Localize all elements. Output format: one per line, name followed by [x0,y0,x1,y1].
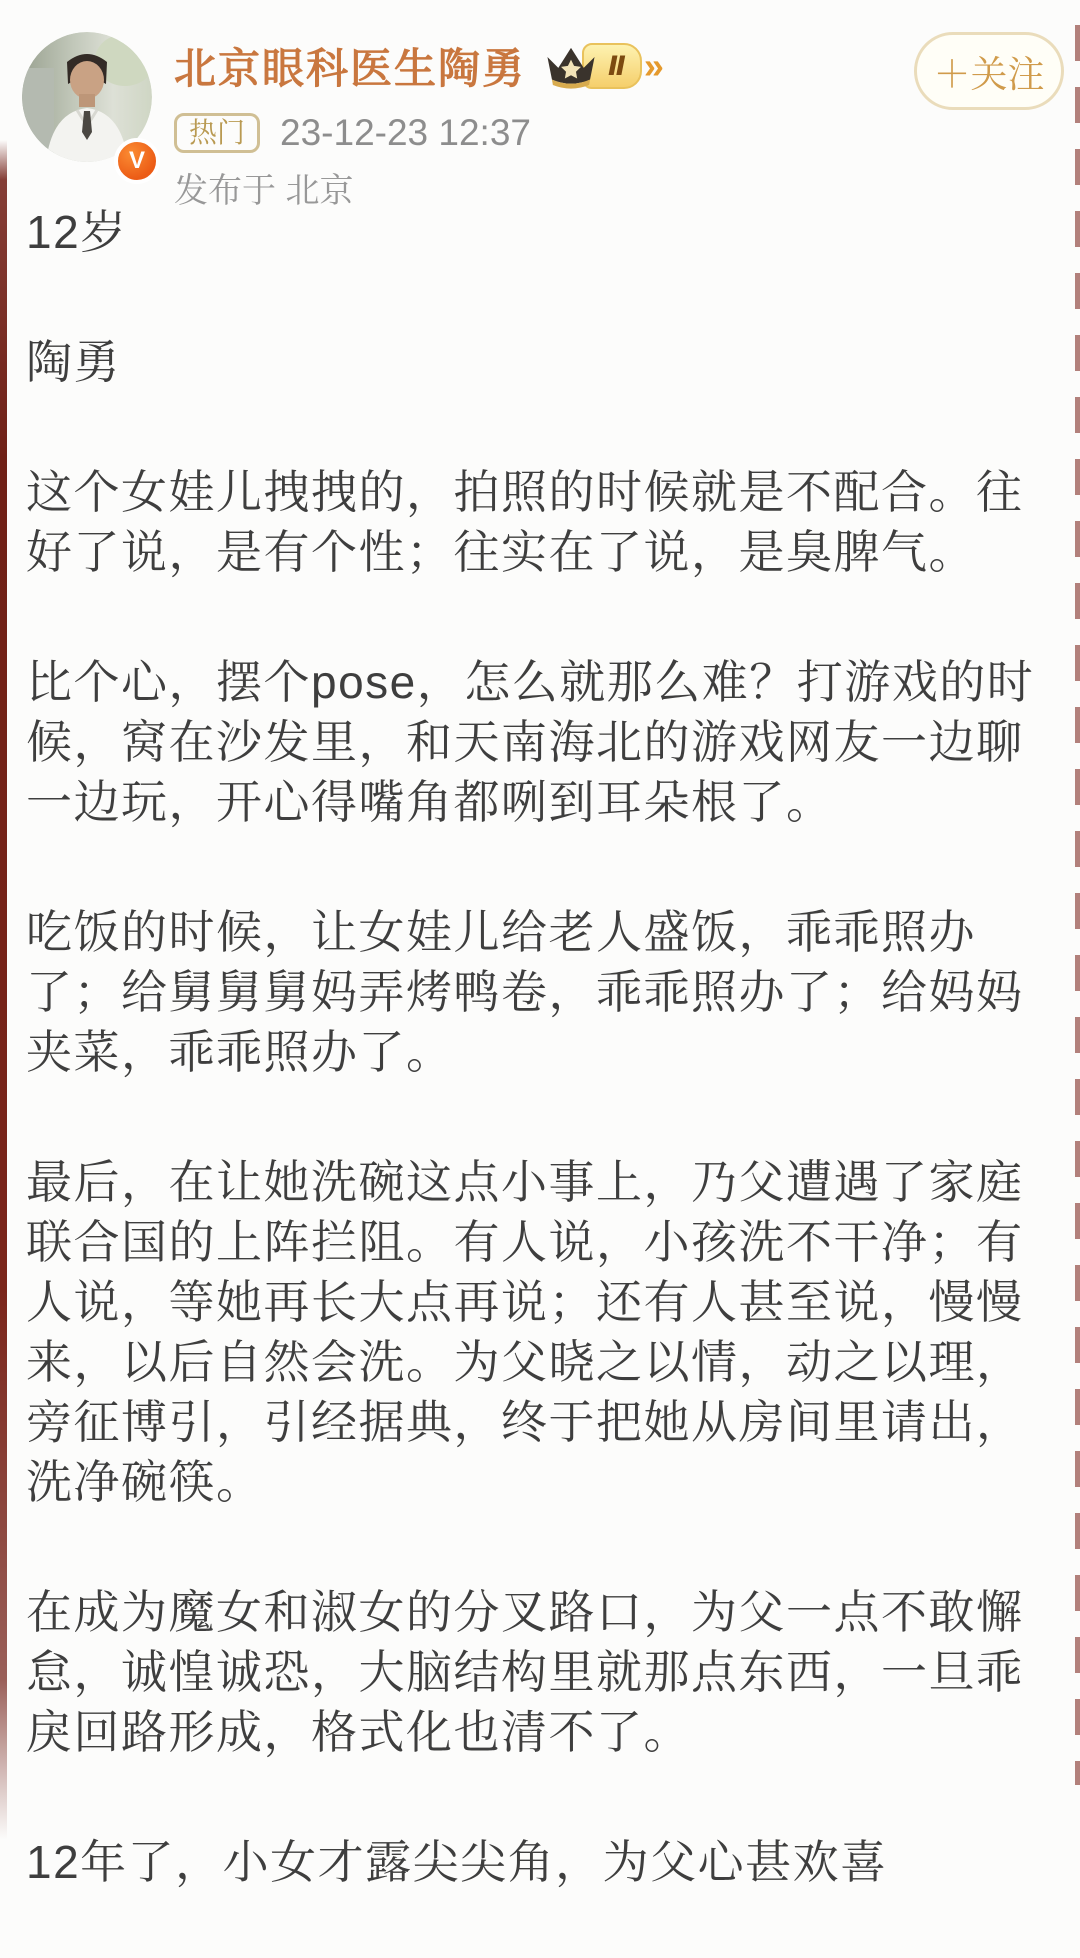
username[interactable]: 北京眼科医生陶勇 [174,36,526,96]
header-info: 北京眼科医生陶勇 Ⅱ » 热门 23-12-23 12:37 发布于 [174,30,664,192]
location: 发布于 北京 [174,163,664,212]
post-paragraph: 在成为魔女和淑女的分叉路口，为父一点不敢懈怠，诚惶诚恐，大脑结构里就那点东西，一… [26,1582,1054,1762]
vip-badge[interactable]: Ⅱ » [542,40,664,92]
timestamp: 23-12-23 12:37 [280,112,531,154]
post-paragraph: 陶勇 [26,332,1054,392]
post-body: 12岁 陶勇 这个女娃儿拽拽的，拍照的时候就是不配合。往好了说，是有个性；往实在… [0,192,1080,1892]
chevron-right-icon: » [644,48,664,84]
post-paragraph: 最后，在让她洗碗这点小事上，乃父遭遇了家庭联合国的上阵拦阻。有人说，小孩洗不干净… [26,1152,1054,1512]
avatar[interactable]: V [22,32,152,162]
post-paragraph: 吃饭的时候，让女娃儿给老人盛饭，乖乖照办了；给舅舅舅妈弄烤鸭卷，乖乖照办了；给妈… [26,902,1054,1082]
post-paragraph: 比个心，摆个pose，怎么就那么难？打游戏的时候，窝在沙发里，和天南海北的游戏网… [26,652,1054,832]
crown-icon [542,40,600,92]
post-paragraph: 12年了，小女才露尖尖角，为父心甚欢喜 [26,1832,1054,1892]
post-header: V 北京眼科医生陶勇 Ⅱ » 热门 [0,0,1080,192]
hot-tag: 热门 [174,113,260,153]
vip-level-label: Ⅱ [608,51,626,82]
verified-badge-icon: V [114,138,160,184]
weibo-post-card: V 北京眼科医生陶勇 Ⅱ » 热门 [0,0,1080,1958]
verified-letter: V [129,147,145,175]
post-paragraph: 这个女娃儿拽拽的，拍照的时候就是不配合。往好了说，是有个性；往实在了说，是臭脾气… [26,462,1054,582]
follow-button[interactable]: ＋关注 [914,32,1064,110]
